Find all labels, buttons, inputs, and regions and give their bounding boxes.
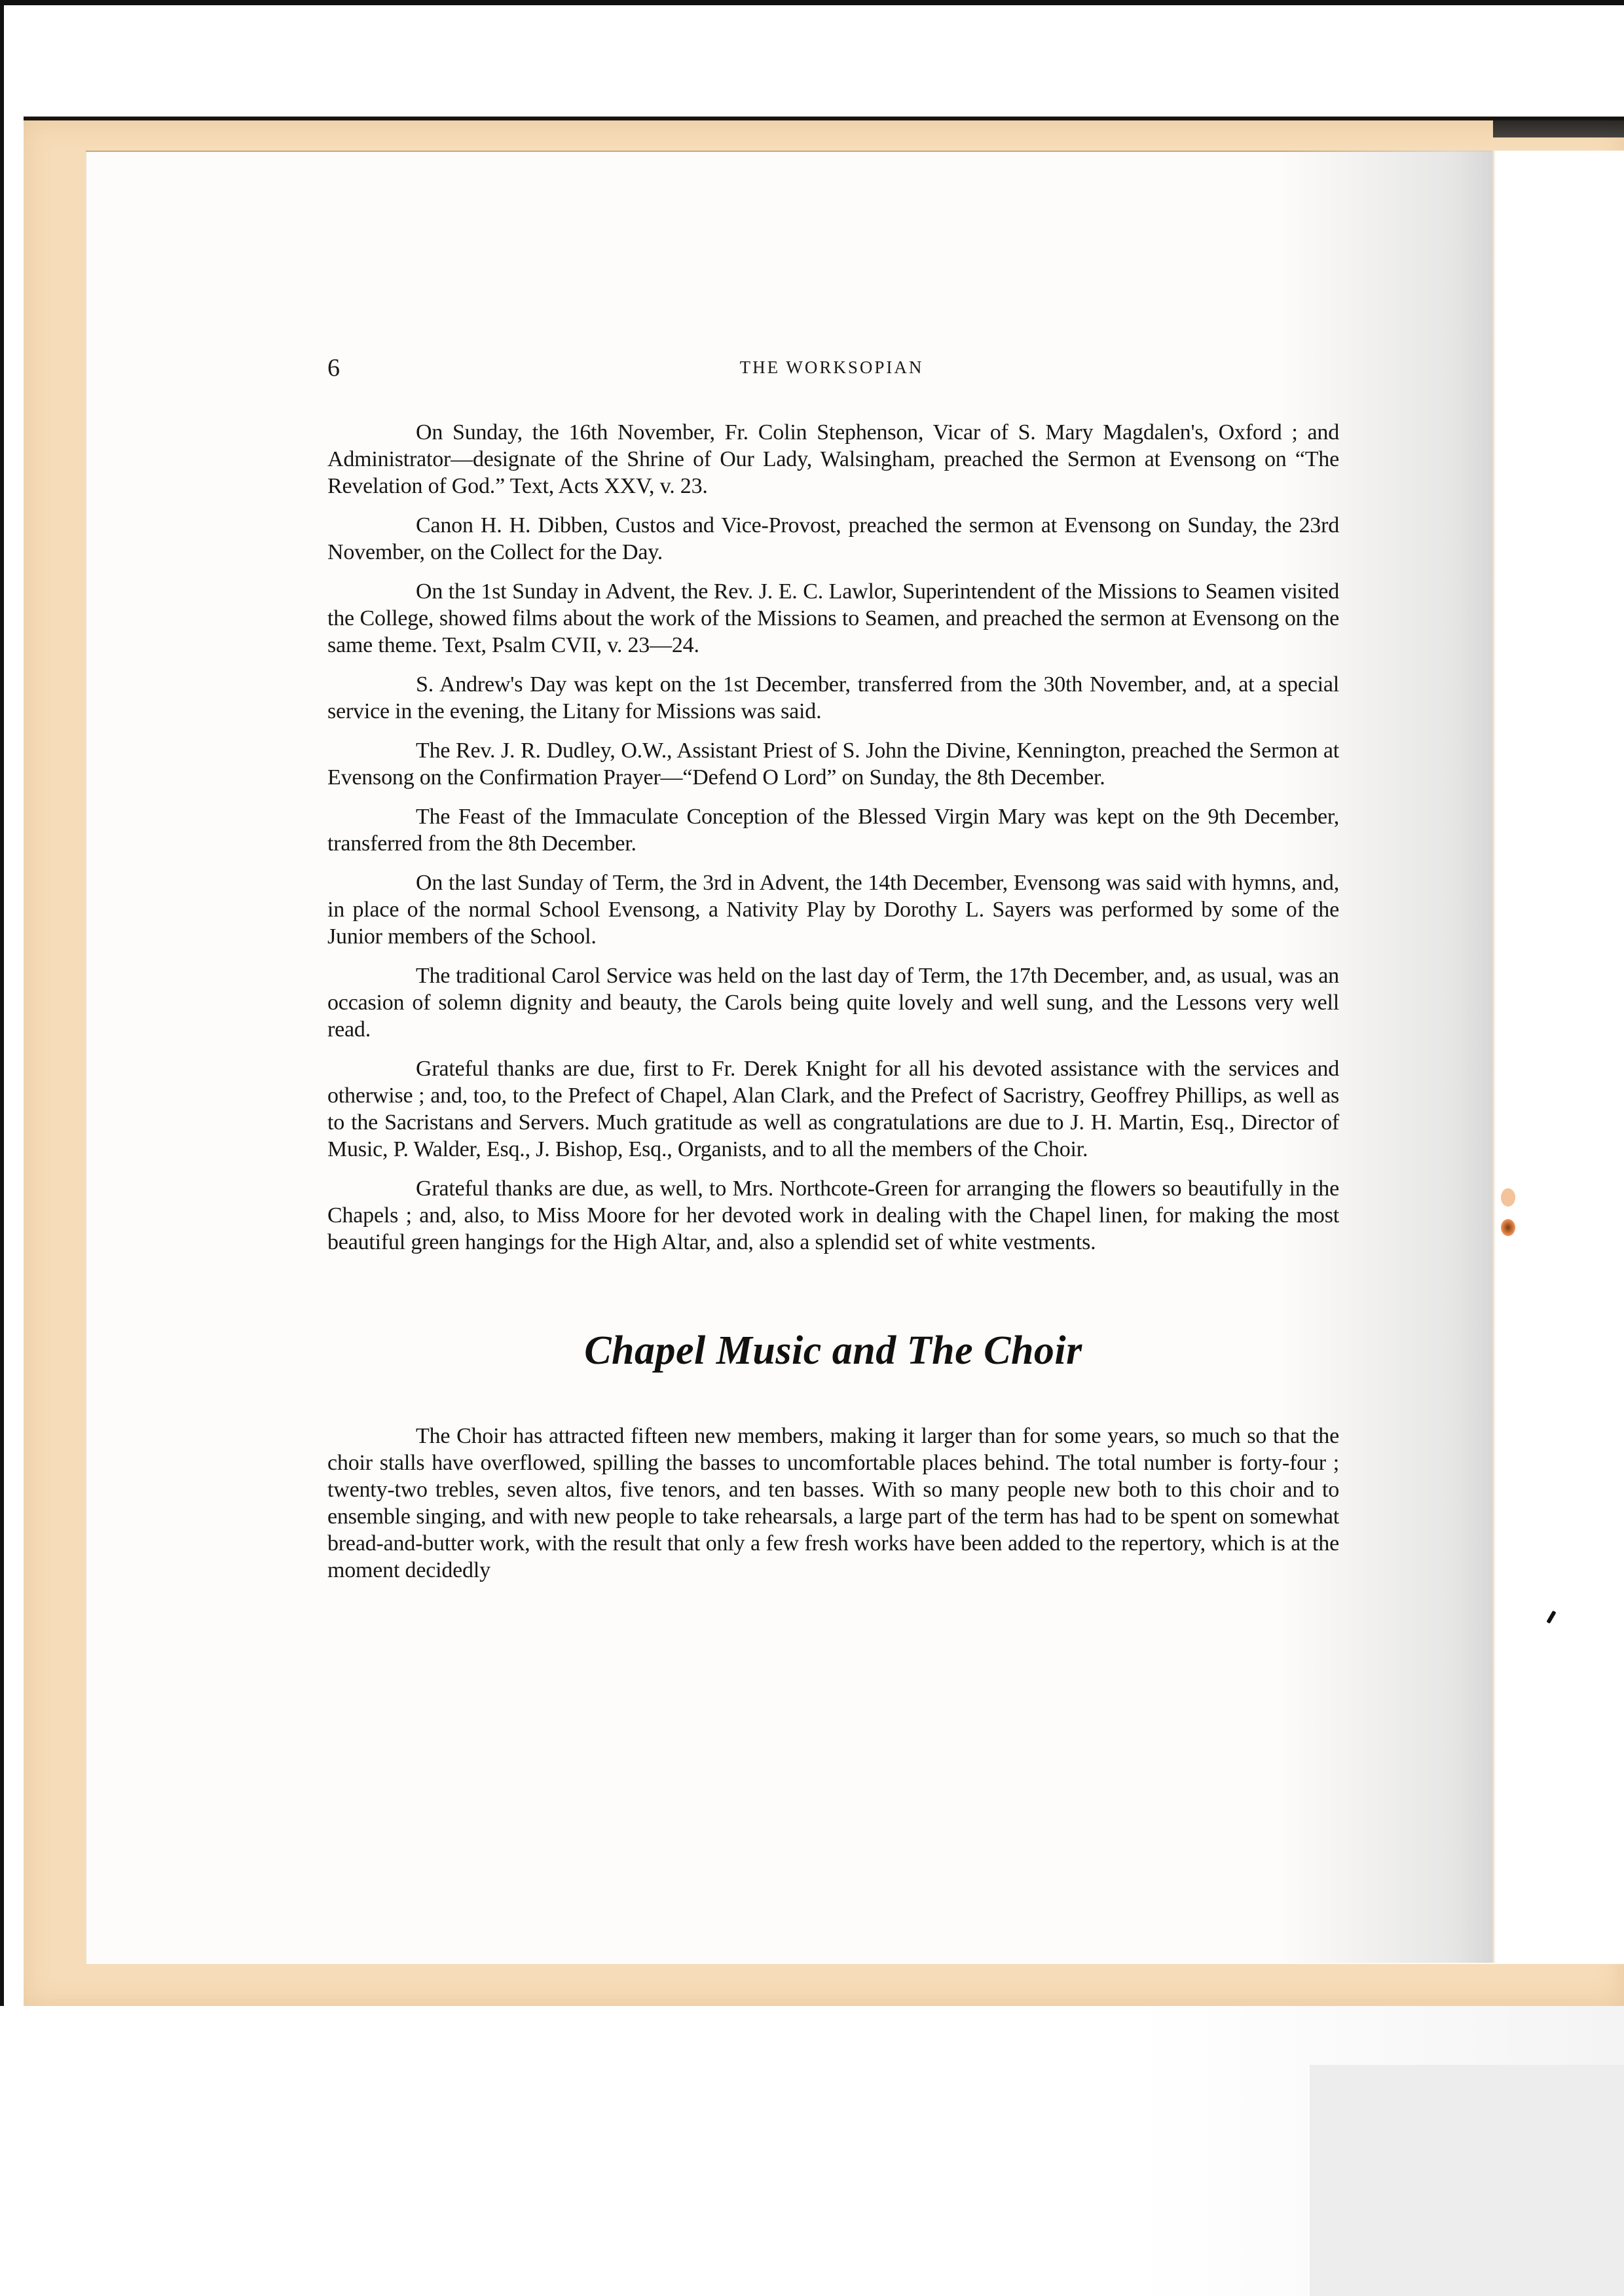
paragraph-nativity-play: On the last Sunday of Term, the 3rd in A…: [327, 869, 1339, 950]
paragraph-thanks-knight: Grateful thanks are due, first to Fr. De…: [327, 1055, 1339, 1163]
paragraph-sermon-dudley: The Rev. J. R. Dudley, O.W., Assistant P…: [327, 737, 1339, 791]
paragraph-choir: The Choir has attracted fifteen new memb…: [327, 1423, 1339, 1584]
rust-stain: [1501, 1219, 1515, 1236]
paragraph-thanks-northcote-green: Grateful thanks are due, as well, to Mrs…: [327, 1175, 1339, 1256]
running-head: 6 THE WORKSOPIAN: [327, 354, 1336, 393]
paragraph-carol-service: The traditional Carol Service was held o…: [327, 962, 1339, 1043]
journal-title: THE WORKSOPIAN: [327, 357, 1336, 378]
paragraph-sermon-dibben: Canon H. H. Dibben, Custos and Vice-Prov…: [327, 512, 1339, 566]
scan-top-edge: [0, 0, 1624, 5]
paragraph-advent-lawlor: On the 1st Sunday in Advent, the Rev. J.…: [327, 578, 1339, 659]
body-column: On Sunday, the 16th November, Fr. Colin …: [327, 419, 1339, 1596]
scan-left-edge: [0, 0, 4, 2296]
section-heading: Chapel Music and The Choir: [327, 1328, 1339, 1374]
backing-sheet-shadow: [1310, 2065, 1624, 2296]
paragraph-sermon-stephenson: On Sunday, the 16th November, Fr. Colin …: [327, 419, 1339, 500]
facing-page: [1496, 151, 1624, 1963]
paragraph-s-andrews-day: S. Andrew's Day was kept on the 1st Dece…: [327, 671, 1339, 725]
cover-shadow: [1493, 118, 1624, 137]
rust-stain: [1501, 1188, 1515, 1207]
paragraph-immaculate-conception: The Feast of the Immaculate Conception o…: [327, 803, 1339, 857]
